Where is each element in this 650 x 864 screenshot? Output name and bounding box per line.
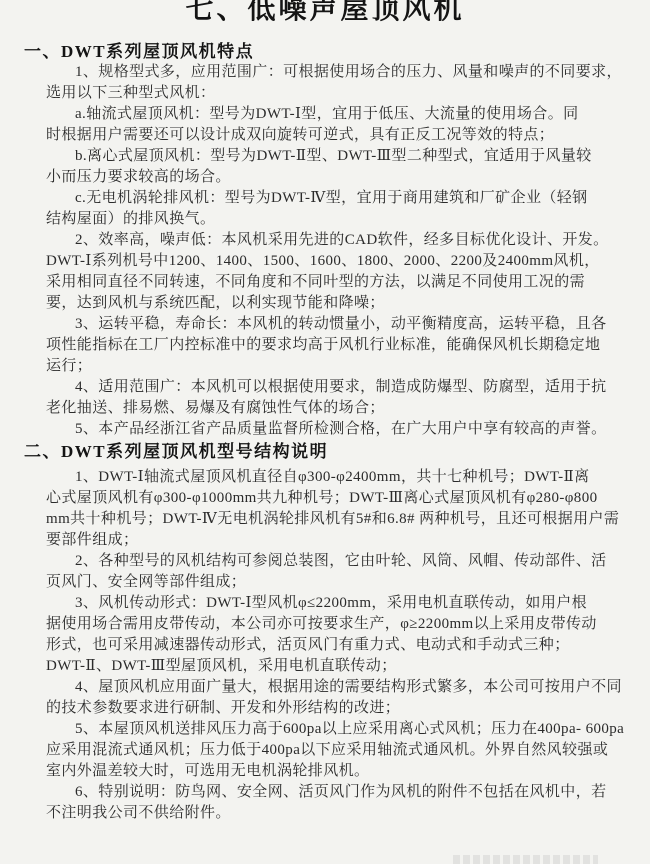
text-line: 小而压力要求较高的场合。	[46, 167, 632, 188]
text-line: 要，达到风机与系统匹配，以利实现节能和降噪；	[46, 293, 632, 314]
document-page: 七、低噪声屋顶风机 一、DWT系列屋顶风机特点 1、规格型式多，应用范围广：可根…	[0, 0, 650, 864]
text-line: 3、运转平稳，寿命长：本风机的转动惯量小，动平衡精度高，运转平稳，且各	[46, 314, 632, 335]
text-line: c.无电机涡轮排风机：型号为DWT-Ⅳ型，宜用于商用建筑和厂矿企业（轻钢	[46, 188, 632, 209]
text-line: 选用以下三种型式风机：	[46, 83, 632, 104]
section-2-body: 1、DWT-Ⅰ轴流式屋顶风机直径自φ300-φ2400mm，共十七种机号；DWT…	[46, 467, 632, 824]
text-line: 不注明我公司不供给附件。	[46, 803, 632, 824]
document-title: 七、低噪声屋顶风机	[0, 0, 650, 27]
text-line: 结构屋面）的排风换气。	[46, 209, 632, 230]
text-line: mm共十种机号；DWT-Ⅳ无电机涡轮排风机有5#和6.8# 两种机号，且还可根据…	[46, 509, 632, 530]
text-line: DWT-Ⅰ系列机号中1200、1400、1500、1600、1800、2000、…	[46, 251, 632, 272]
section-1-heading: 一、DWT系列屋顶风机特点	[24, 42, 650, 62]
text-line: 运行；	[46, 356, 632, 377]
text-line: 1、规格型式多，应用范围广：可根据使用场合的压力、风量和噪声的不同要求，	[46, 62, 632, 83]
text-line: 5、本屋顶风机送排风压力高于600pa以上应采用离心式风机；压力在400pa- …	[46, 719, 632, 740]
text-line: 5、本产品经浙江省产品质量监督所检测合格，在广大用户中享有较高的声誉。	[46, 419, 632, 440]
text-line: a.轴流式屋顶风机：型号为DWT-Ⅰ型，宜用于低压、大流量的使用场合。同	[46, 104, 632, 125]
text-line: 的技术参数要求进行研制、开发和外形结构的改进；	[46, 698, 632, 719]
text-line: 4、屋顶风机应用面广量大，根据用途的需要结构形式繁多，本公司可按用户不同	[46, 677, 632, 698]
text-line: 据使用场合需用皮带传动，本公司亦可按要求生产，φ≥2200mm以上采用皮带传动	[46, 614, 632, 635]
section-1-body: 1、规格型式多，应用范围广：可根据使用场合的压力、风量和噪声的不同要求， 选用以…	[46, 62, 632, 440]
text-line: 时根据用户需要还可以设计成双向旋转可逆式，具有正反工况等效的特点；	[46, 125, 632, 146]
text-line: 心式屋顶风机有φ300-φ1000mm共九种机号；DWT-Ⅲ离心式屋顶风机有φ2…	[46, 488, 632, 509]
text-line: 采用相同直径不同转速，不同角度和不同叶型的方法，以满足不同使用工况的需	[46, 272, 632, 293]
text-line: 3、风机传动形式：DWT-Ⅰ型风机φ≤2200mm，采用电机直联传动，如用户根	[46, 593, 632, 614]
text-line: 老化抽送、排易燃、易爆及有腐蚀性气体的场合；	[46, 398, 632, 419]
text-line: DWT-Ⅱ、DWT-Ⅲ型屋顶风机，采用电机直联传动；	[46, 656, 632, 677]
section-2-heading: 二、DWT系列屋顶风机型号结构说明	[24, 442, 650, 462]
faint-footer-artifact	[453, 855, 598, 864]
text-line: 6、特别说明：防鸟网、安全网、活页风门作为风机的附件不包括在风机中，若	[46, 782, 632, 803]
text-line: 形式，也可采用减速器传动形式，活页风门有重力式、电动式和手动式三种；	[46, 635, 632, 656]
text-line: 页风门、安全网等部件组成；	[46, 572, 632, 593]
text-line: 应采用混流式通风机；压力低于400pa以下应采用轴流式通风机。外界自然风较强或	[46, 740, 632, 761]
text-line: 4、适用范围广：本风机可以根据使用要求，制造成防爆型、防腐型，适用于抗	[46, 377, 632, 398]
text-line: b.离心式屋顶风机：型号为DWT-Ⅱ型、DWT-Ⅲ型二种型式，宜适用于风量较	[46, 146, 632, 167]
text-line: 2、各种型号的风机结构可参阅总装图，它由叶轮、风筒、风帽、传动部件、活	[46, 551, 632, 572]
text-line: 室内外温差较大时，可选用无电机涡轮排风机。	[46, 761, 632, 782]
text-line: 要部件组成；	[46, 530, 632, 551]
text-line: 2、效率高，噪声低：本风机采用先进的CAD软件，经多目标优化设计、开发。	[46, 230, 632, 251]
text-line: 项性能指标在工厂内控标准中的要求均高于风机行业标准，能确保风机长期稳定地	[46, 335, 632, 356]
text-line: 1、DWT-Ⅰ轴流式屋顶风机直径自φ300-φ2400mm，共十七种机号；DWT…	[46, 467, 632, 488]
